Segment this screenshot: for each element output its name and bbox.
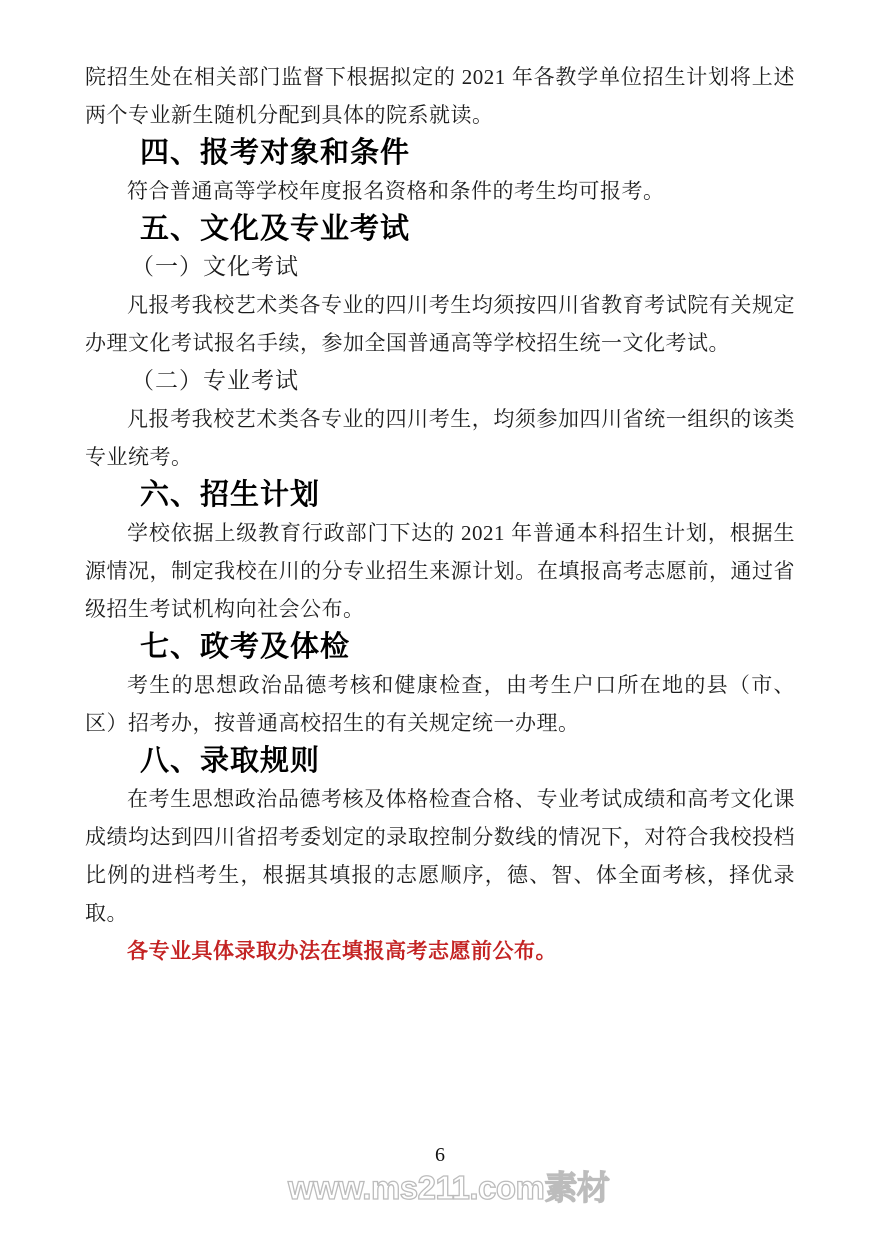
watermark: www.ms211.com素材 bbox=[288, 1162, 609, 1209]
section-8-paragraph: 在考生思想政治品德考核及体格检查合格、专业考试成绩和高考文化课成绩均达到四川省招… bbox=[85, 780, 795, 932]
section-heading-6: 六、招生计划 bbox=[85, 476, 795, 514]
section-4-paragraph: 符合普通高等学校年度报名资格和条件的考生均可报考。 bbox=[85, 172, 795, 210]
section-heading-4: 四、报考对象和条件 bbox=[85, 134, 795, 172]
subsection-major-exam-paragraph: 凡报考我校艺术类各专业的四川考生，均须参加四川省统一组织的该类专业统考。 bbox=[85, 400, 795, 476]
section-heading-5: 五、文化及专业考试 bbox=[85, 210, 795, 248]
subsection-culture-exam-paragraph: 凡报考我校艺术类各专业的四川考生均须按四川省教育考试院有关规定办理文化考试报名手… bbox=[85, 286, 795, 362]
document-page: 院招生处在相关部门监督下根据拟定的 2021 年各教学单位招生计划将上述两个专业… bbox=[0, 0, 880, 970]
highlight-notice: 各专业具体录取办法在填报高考志愿前公布。 bbox=[85, 932, 795, 970]
intro-paragraph: 院招生处在相关部门监督下根据拟定的 2021 年各教学单位招生计划将上述两个专业… bbox=[85, 58, 795, 134]
section-heading-8: 八、录取规则 bbox=[85, 742, 795, 780]
section-6-paragraph: 学校依据上级教育行政部门下达的 2021 年普通本科招生计划，根据生源情况，制定… bbox=[85, 514, 795, 628]
subsection-heading-major-exam: （二）专业考试 bbox=[85, 362, 795, 400]
section-heading-7: 七、政考及体检 bbox=[85, 628, 795, 666]
subsection-heading-culture-exam: （一）文化考试 bbox=[85, 248, 795, 286]
section-7-paragraph: 考生的思想政治品德考核和健康检查，由考生户口所在地的县（市、区）招考办，按普通高… bbox=[85, 666, 795, 742]
